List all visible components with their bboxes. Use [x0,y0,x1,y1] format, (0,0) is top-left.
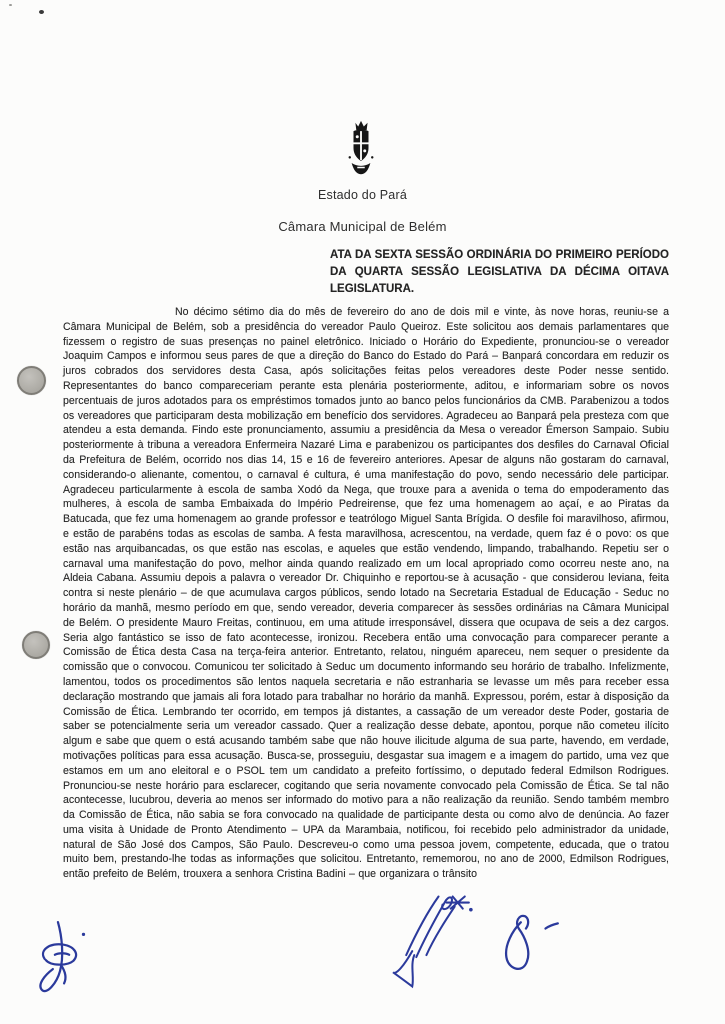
scanned-document-page: Estado do Pará Câmara Municipal de Belém… [0,0,725,1024]
coat-of-arms-icon [346,118,376,178]
signature-center [388,888,484,1000]
hole-punch-icon [22,631,50,659]
state-name: Estado do Pará [0,188,725,202]
scan-speck-icon [39,10,44,14]
scan-speck-icon [9,4,12,6]
hole-punch-icon [17,366,46,395]
institution-name: Câmara Municipal de Belém [0,219,725,234]
signature-right [492,910,564,982]
document-title: ATA DA SEXTA SESSÃO ORDINÁRIA DO PRIMEIR… [330,247,669,297]
minutes-body-text: No décimo sétimo dia do mês de fevereiro… [63,305,669,882]
signature-left [30,918,92,1010]
